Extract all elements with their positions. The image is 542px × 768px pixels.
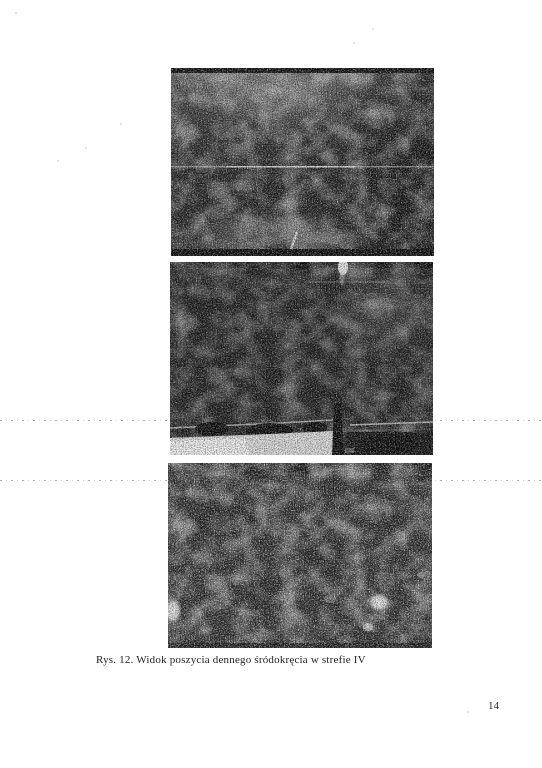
dust-speck: [467, 711, 469, 713]
dust-speck: [353, 42, 355, 44]
dust-speck: [57, 160, 59, 162]
scanned-document-page: Rys. 12. Widok poszycia dennego śródokrę…: [0, 0, 542, 768]
dust-speck: [15, 12, 17, 14]
dust-speck: [120, 123, 122, 125]
bottom-plating-photo-1: [171, 68, 434, 256]
bottom-plating-photo-3: [168, 463, 432, 648]
page-number: 14: [488, 700, 499, 712]
dust-speck: [372, 28, 374, 30]
figure-caption: Rys. 12. Widok poszycia dennego śródokrę…: [96, 654, 366, 666]
bottom-plating-photo-2: [170, 262, 433, 455]
dust-speck: [85, 147, 87, 149]
